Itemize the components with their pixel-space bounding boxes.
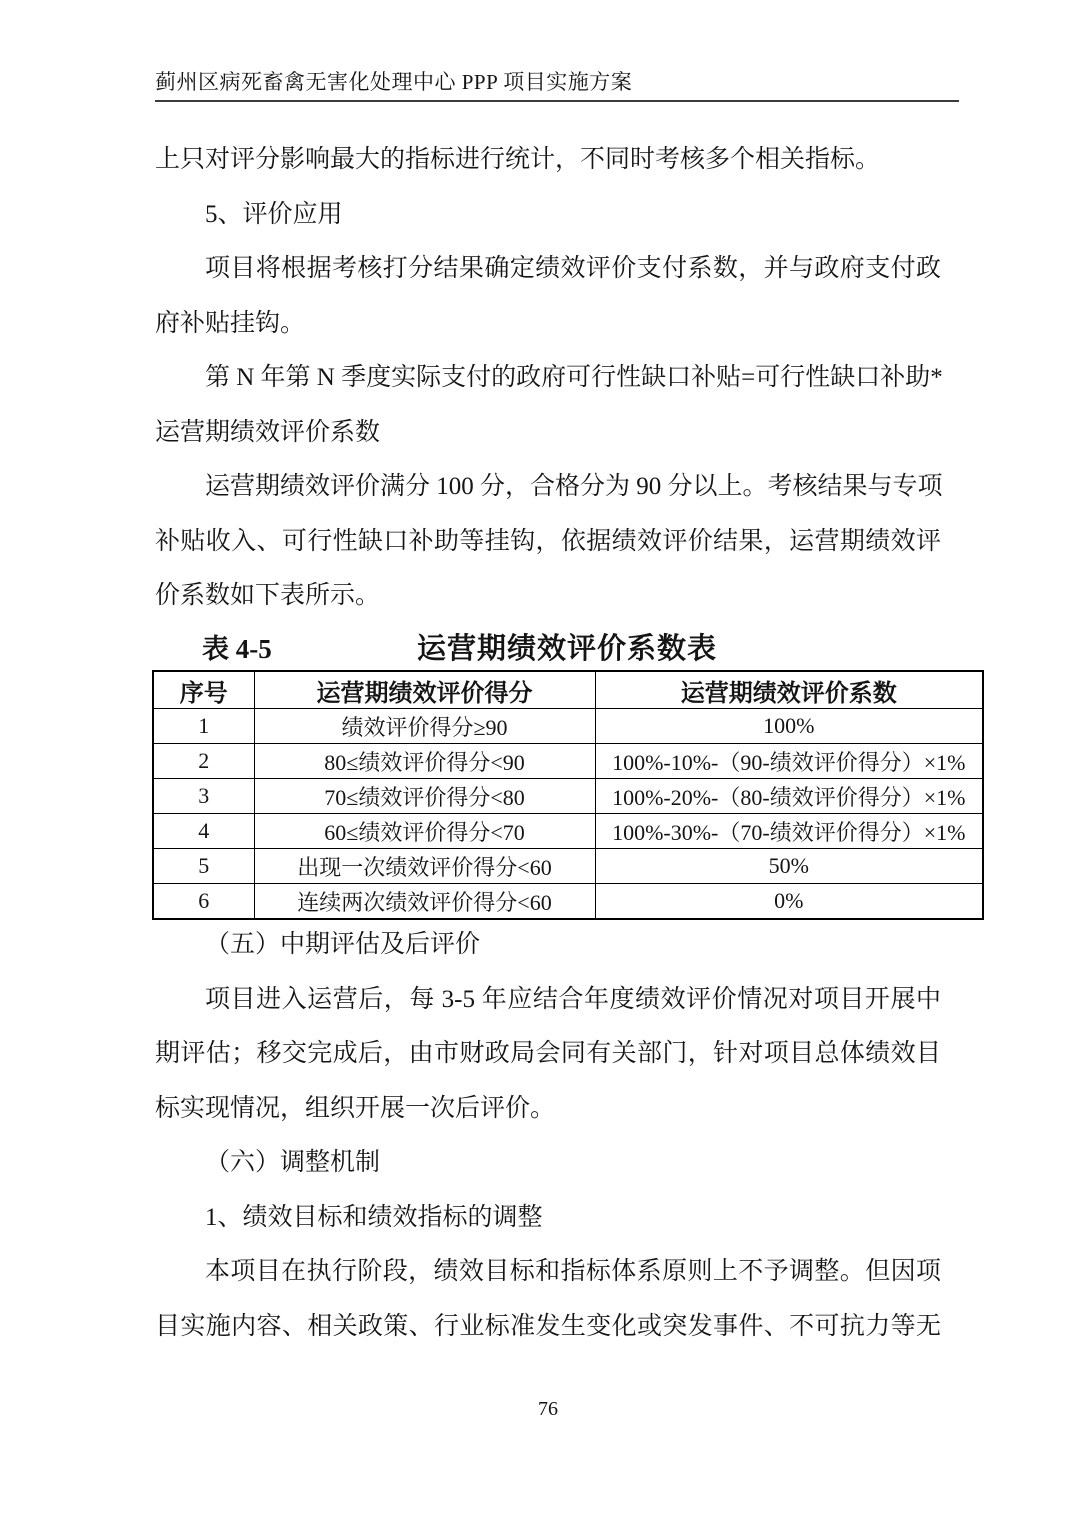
- text-line: 上只对评分影响最大的指标进行统计，不同时考核多个相关指标。: [155, 133, 941, 188]
- text-line: 期评估；移交完成后，由市财政局会同有关部门，针对项目总体绩效目: [155, 1027, 941, 1082]
- table-row: 6连续两次绩效评价得分<600%: [153, 884, 983, 920]
- text-line: 第 N 年第 N 季度实际支付的政府可行性缺口补贴=可行性缺口补助*: [155, 351, 941, 406]
- table-row: 280≤绩效评价得分<90100%-10%-（90-绩效评价得分）×1%: [153, 744, 983, 779]
- text-line: （六）调整机制: [155, 1136, 941, 1191]
- table-row: 1绩效评价得分≥90100%: [153, 709, 983, 744]
- text-line: 补贴收入、可行性缺口补助等挂钩，依据绩效评价结果，运营期绩效评: [155, 515, 941, 570]
- table-head: 序号运营期绩效评价得分运营期绩效评价系数: [153, 671, 983, 709]
- page-number: 76: [538, 1398, 558, 1420]
- table-cell: 4: [153, 814, 254, 849]
- table-header-cell: 运营期绩效评价系数: [595, 671, 983, 709]
- table-row: 460≤绩效评价得分<70100%-30%-（70-绩效评价得分）×1%: [153, 814, 983, 849]
- table-cell: 100%-20%-（80-绩效评价得分）×1%: [595, 779, 983, 814]
- text-line: 目实施内容、相关政策、行业标准发生变化或突发事件、不可抗力等无: [155, 1300, 941, 1355]
- text-line: 标实现情况，组织开展一次后评价。: [155, 1082, 941, 1137]
- page-header: 蓟州区病死畜禽无害化处理中心 PPP 项目实施方案: [155, 66, 959, 96]
- table-header-cell: 运营期绩效评价得分: [254, 671, 595, 709]
- table-cell: 5: [153, 849, 254, 884]
- table-cell: 50%: [595, 849, 983, 884]
- table-cell: 2: [153, 744, 254, 779]
- table-header-cell: 序号: [153, 671, 254, 709]
- text-line: 价系数如下表所示。: [155, 569, 941, 624]
- text-line: 运营期绩效评价系数: [155, 406, 941, 461]
- table-cell: 6: [153, 884, 254, 920]
- document-page: { "header": { "title": "蓟州区病死畜禽无害化处理中心 P…: [0, 0, 1069, 1514]
- table-body: 1绩效评价得分≥90100%280≤绩效评价得分<90100%-10%-（90-…: [153, 709, 983, 920]
- header-title: 蓟州区病死畜禽无害化处理中心 PPP 项目实施方案: [155, 66, 959, 96]
- table-header-row: 序号运营期绩效评价得分运营期绩效评价系数: [153, 671, 983, 709]
- page-footer: 76: [155, 1398, 941, 1421]
- text-line: 1、绩效目标和绩效指标的调整: [155, 1191, 941, 1246]
- table-cell: 60≤绩效评价得分<70: [254, 814, 595, 849]
- table-cell: 出现一次绩效评价得分<60: [254, 849, 595, 884]
- text-line: 项目进入运营后，每 3-5 年应结合年度绩效评价情况对项目开展中: [155, 973, 941, 1028]
- table-cell: 100%-10%-（90-绩效评价得分）×1%: [595, 744, 983, 779]
- table-cell: 100%-30%-（70-绩效评价得分）×1%: [595, 814, 983, 849]
- text-line: （五）中期评估及后评价: [155, 918, 941, 973]
- text-line: 5、评价应用: [155, 188, 941, 243]
- table-cell: 3: [153, 779, 254, 814]
- table-caption: 表 4-5 运营期绩效评价系数表: [152, 630, 982, 668]
- text-line: 项目将根据考核打分结果确定绩效评价支付系数，并与政府支付政: [155, 242, 941, 297]
- table-cell: 70≤绩效评价得分<80: [254, 779, 595, 814]
- table-cell: 0%: [595, 884, 983, 920]
- paragraphs-after-table: （五）中期评估及后评价项目进入运营后，每 3-5 年应结合年度绩效评价情况对项目…: [155, 918, 941, 1354]
- table-row: 370≤绩效评价得分<80100%-20%-（80-绩效评价得分）×1%: [153, 779, 983, 814]
- table-row: 5出现一次绩效评价得分<6050%: [153, 849, 983, 884]
- table-cell: 80≤绩效评价得分<90: [254, 744, 595, 779]
- table-cell: 1: [153, 709, 254, 744]
- table-cell: 连续两次绩效评价得分<60: [254, 884, 595, 920]
- table-caption-title: 运营期绩效评价系数表: [152, 630, 982, 668]
- performance-coefficient-table: 序号运营期绩效评价得分运营期绩效评价系数 1绩效评价得分≥90100%280≤绩…: [152, 670, 984, 920]
- text-line: 府补贴挂钩。: [155, 297, 941, 352]
- paragraphs-before-table: 上只对评分影响最大的指标进行统计，不同时考核多个相关指标。5、评价应用项目将根据…: [155, 133, 941, 624]
- table-cell: 绩效评价得分≥90: [254, 709, 595, 744]
- table-cell: 100%: [595, 709, 983, 744]
- text-line: 运营期绩效评价满分 100 分，合格分为 90 分以上。考核结果与专项: [155, 460, 941, 515]
- text-line: 本项目在执行阶段，绩效目标和指标体系原则上不予调整。但因项: [155, 1245, 941, 1300]
- header-rule: [155, 100, 959, 102]
